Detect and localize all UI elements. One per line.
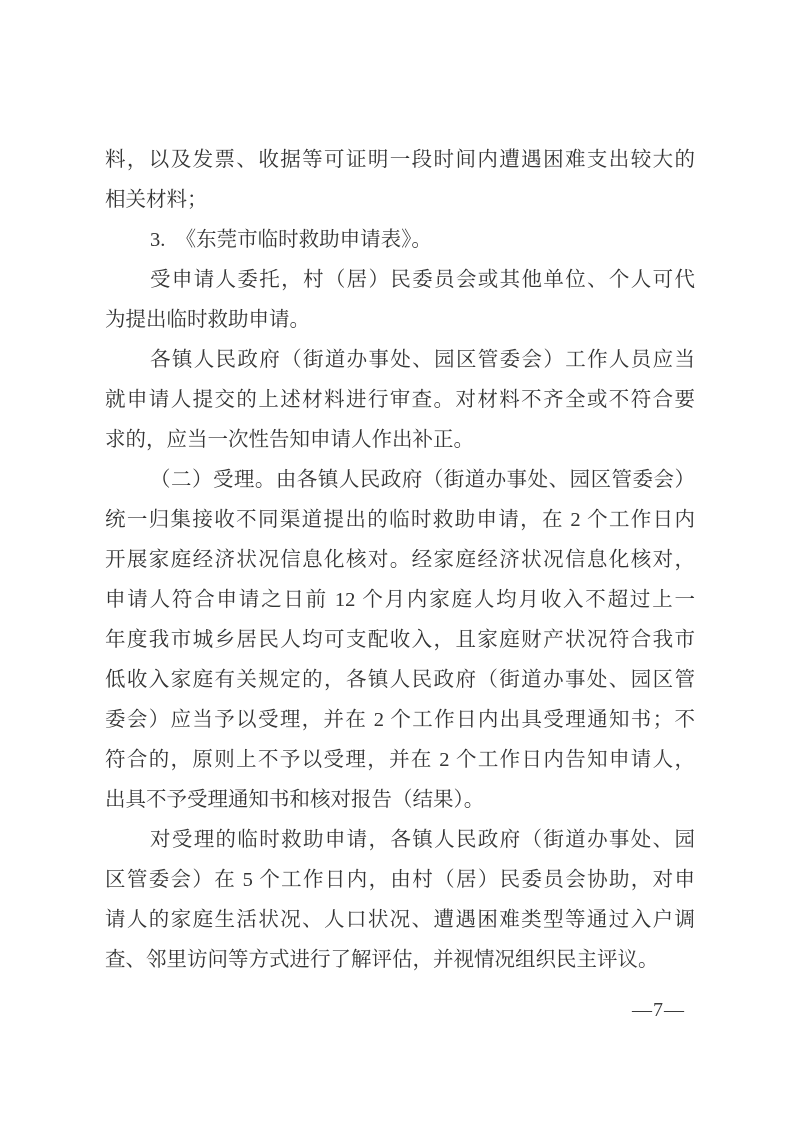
paragraph: 料，以及发票、收据等可证明一段时间内遭遇困难支出较大的相关材料； <box>105 140 695 220</box>
text-line: （二）受理。由各镇人民政府（街道办事处、园区管委会） <box>105 460 695 500</box>
paragraph: （二）受理。由各镇人民政府（街道办事处、园区管委会）统一归集接收不同渠道提出的临… <box>105 460 695 820</box>
text-line: 低收入家庭有关规定的，各镇人民政府（街道办事处、园区管 <box>105 660 695 700</box>
document-page: 料，以及发票、收据等可证明一段时间内遭遇困难支出较大的相关材料；3. 《东莞市临… <box>0 0 800 1131</box>
paragraph: 各镇人民政府（街道办事处、园区管委会）工作人员应当就申请人提交的上述材料进行审查… <box>105 340 695 460</box>
text-line: 统一归集接收不同渠道提出的临时救助申请，在 2 个工作日内 <box>105 500 695 540</box>
text-line: 就申请人提交的上述材料进行审查。对材料不齐全或不符合要 <box>105 380 695 420</box>
text-line: 出具不予受理通知书和核对报告（结果）。 <box>105 780 695 820</box>
text-line: 查、邻里访问等方式进行了解评估，并视情况组织民主评议。 <box>105 940 695 980</box>
text-line: 相关材料； <box>105 180 695 220</box>
text-line: 求的，应当一次性告知申请人作出补正。 <box>105 420 695 460</box>
text-line: 3. 《东莞市临时救助申请表》。 <box>105 220 695 260</box>
text-line: 料，以及发票、收据等可证明一段时间内遭遇困难支出较大的 <box>105 140 695 180</box>
text-line: 申请人符合申请之日前 12 个月内家庭人均月收入不超过上一 <box>105 580 695 620</box>
paragraph: 受申请人委托，村（居）民委员会或其他单位、个人可代为提出临时救助申请。 <box>105 260 695 340</box>
text-line: 符合的，原则上不予以受理，并在 2 个工作日内告知申请人， <box>105 740 695 780</box>
text-line: 对受理的临时救助申请，各镇人民政府（街道办事处、园 <box>105 820 695 860</box>
text-line: 各镇人民政府（街道办事处、园区管委会）工作人员应当 <box>105 340 695 380</box>
text-line: 区管委会）在 5 个工作日内，由村（居）民委员会协助，对申 <box>105 860 695 900</box>
text-line: 委会）应当予以受理，并在 2 个工作日内出具受理通知书；不 <box>105 700 695 740</box>
text-line: 年度我市城乡居民人均可支配收入，且家庭财产状况符合我市 <box>105 620 695 660</box>
text-line: 受申请人委托，村（居）民委员会或其他单位、个人可代 <box>105 260 695 300</box>
text-line: 开展家庭经济状况信息化核对。经家庭经济状况信息化核对， <box>105 540 695 580</box>
text-line: 为提出临时救助申请。 <box>105 300 695 340</box>
page-number: —7— <box>632 998 685 1022</box>
text-line: 请人的家庭生活状况、人口状况、遭遇困难类型等通过入户调 <box>105 900 695 940</box>
paragraph: 对受理的临时救助申请，各镇人民政府（街道办事处、园区管委会）在 5 个工作日内，… <box>105 820 695 980</box>
document-body: 料，以及发票、收据等可证明一段时间内遭遇困难支出较大的相关材料；3. 《东莞市临… <box>105 140 695 980</box>
paragraph: 3. 《东莞市临时救助申请表》。 <box>105 220 695 260</box>
